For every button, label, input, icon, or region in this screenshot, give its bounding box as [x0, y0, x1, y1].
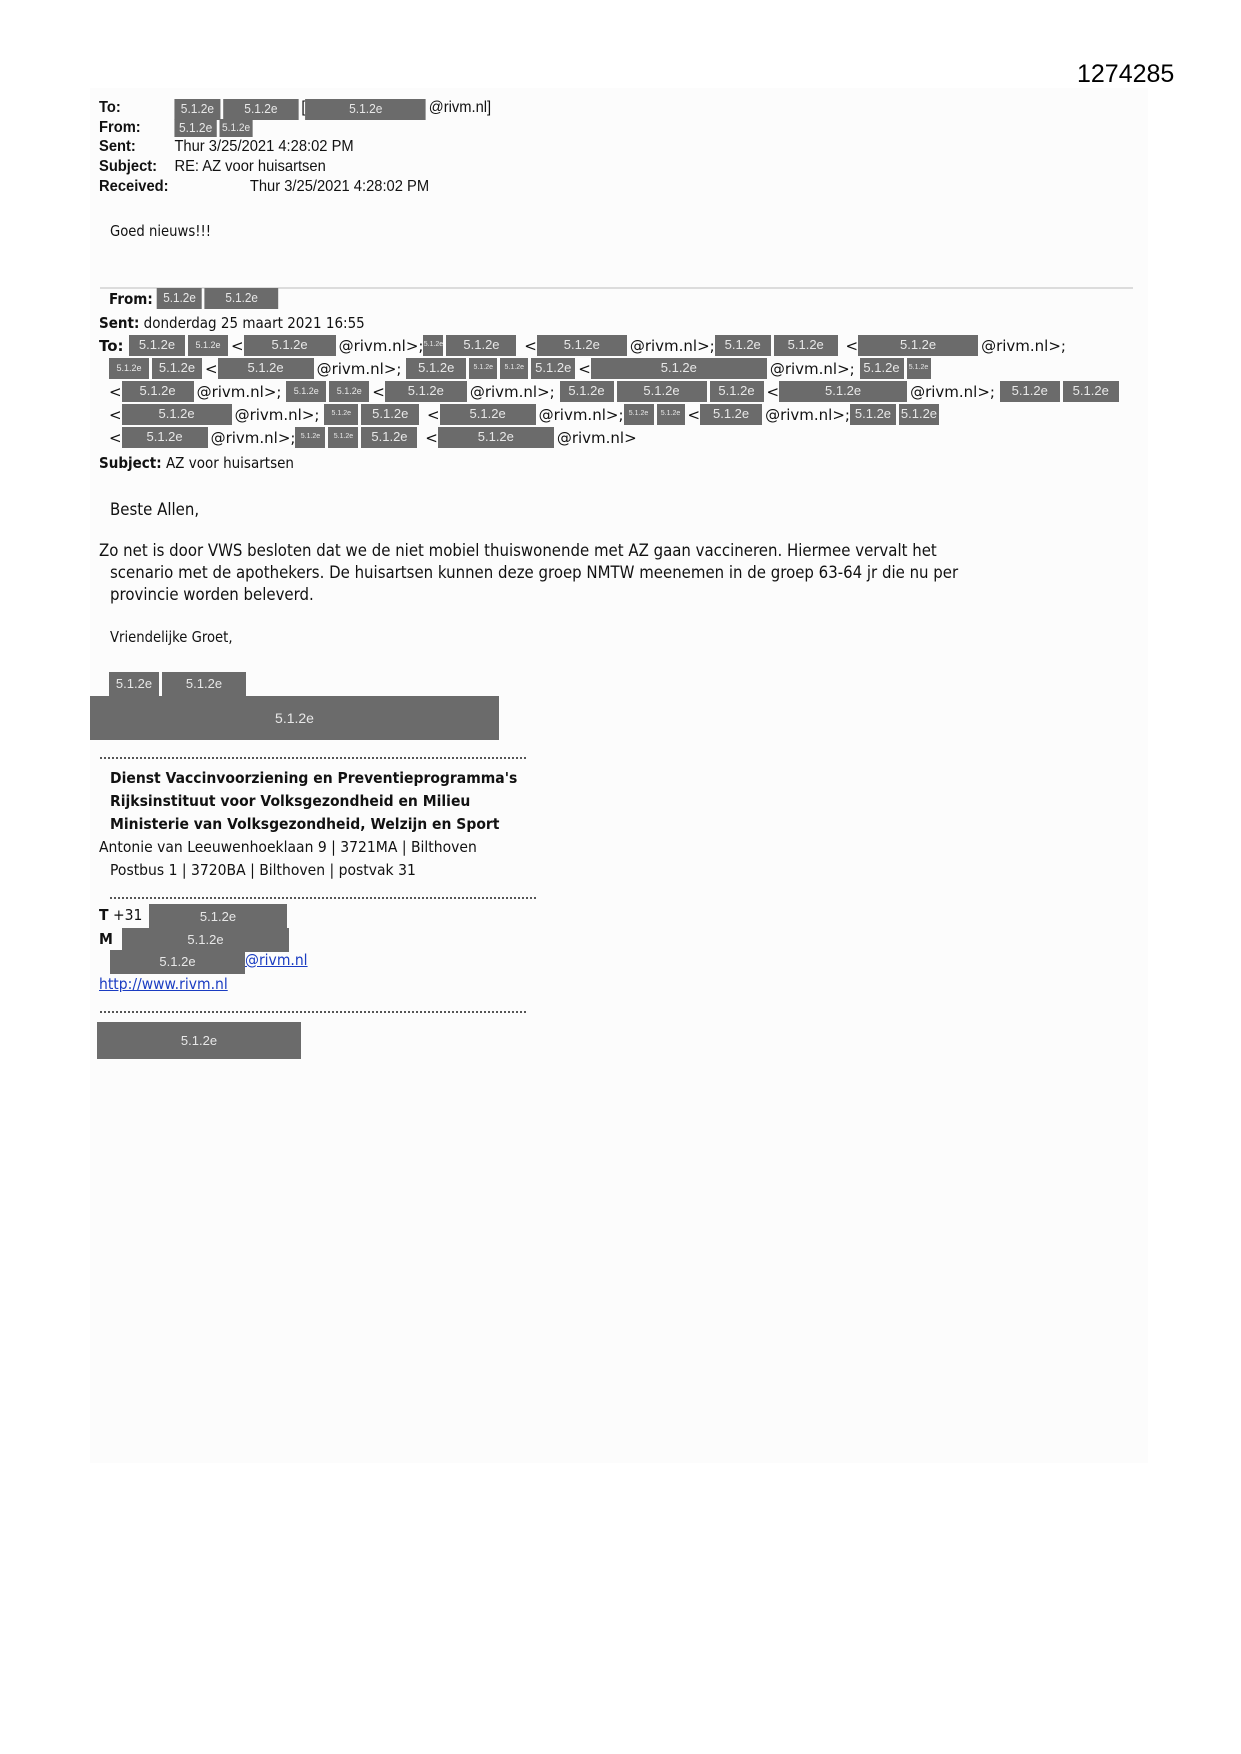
redaction: 5.1.2e [109, 358, 149, 379]
dotted-divider [100, 1011, 526, 1015]
lt: < [372, 383, 385, 401]
paragraph-line-1: Zo net is door VWS besloten dat we de ni… [99, 541, 937, 561]
redaction: 5.1.2e [774, 335, 838, 356]
email-suffix: @rivm.nl>; [770, 360, 855, 378]
lt: < [231, 337, 244, 355]
email-suffix: @rivm.nl>; [981, 337, 1066, 355]
lt: < [767, 383, 780, 401]
redaction: 5.1.2e [149, 904, 287, 929]
redaction: 5.1.2e [286, 381, 326, 402]
redaction: 5.1.2e [860, 358, 904, 379]
lt: < [109, 429, 122, 447]
greeting: Beste Allen, [110, 500, 199, 520]
to-label: To: [99, 99, 174, 117]
redaction: 5.1.2e [560, 381, 614, 402]
original-from-row: From: 5.1.2e5.1.2e [109, 288, 300, 310]
original-to-row-5: <5.1.2e@rivm.nl>;5.1.2e5.1.2e5.1.2e <5.1… [109, 427, 637, 449]
original-to-label: To: [99, 335, 129, 357]
website-link[interactable]: http://www.rivm.nl [99, 975, 228, 993]
email-suffix: @rivm.nl>; [765, 406, 850, 424]
received-value: Thur 3/25/2021 4:28:02 PM [250, 178, 429, 195]
redaction: 5.1.2e [174, 119, 216, 137]
redaction: 5.1.2e [188, 335, 228, 356]
lt: < [109, 383, 122, 401]
redaction: 5.1.2e [438, 427, 554, 448]
redaction: 5.1.2e [591, 358, 767, 379]
subject-label: Subject: [99, 158, 174, 176]
redaction: 5.1.2e [1063, 381, 1119, 402]
original-to-row-2: 5.1.2e5.1.2e<5.1.2e@rivm.nl>; 5.1.2e5.1.… [109, 358, 934, 380]
redaction: 5.1.2e [710, 381, 764, 402]
original-sent-value: donderdag 25 maart 2021 16:55 [139, 314, 364, 332]
email-suffix: @rivm.nl>; [630, 337, 715, 355]
paragraph-line-3: provincie worden beleverd. [110, 585, 314, 605]
lt: < [205, 360, 218, 378]
email-row: 5.1.2e@rivm.nl [110, 950, 315, 974]
original-from-label: From: [109, 290, 153, 308]
redaction: 5.1.2e [469, 358, 497, 379]
redaction: 5.1.2e [423, 335, 443, 356]
header-sent-row: Sent:Thur 3/25/2021 4:28:02 PM [99, 138, 354, 156]
redaction: 5.1.2e [122, 404, 232, 425]
redaction: 5.1.2e [779, 381, 907, 402]
redaction: 5.1.2e [205, 288, 279, 309]
email-suffix: @rivm.nl>; [235, 406, 320, 424]
email-suffix: @rivm.nl>; [539, 406, 624, 424]
signature-phone-row: T +31 [99, 906, 142, 924]
redaction: 5.1.2e [152, 358, 202, 379]
email-suffix: @rivm.nl>; [910, 383, 995, 401]
redaction: 5.1.2e [109, 672, 159, 696]
redaction: 5.1.2e [122, 427, 208, 448]
email-suffix: @rivm.nl>; [470, 383, 555, 401]
lt: < [427, 406, 440, 424]
redaction: 5.1.2e [858, 335, 978, 356]
email-suffix: @rivm.nl>; [317, 360, 402, 378]
phone-redaction-wrap: 5.1.2e [149, 904, 290, 929]
footer-redaction-wrap: 5.1.2e [97, 1022, 304, 1059]
original-subject-value: AZ voor huisartsen [162, 454, 294, 472]
redaction: 5.1.2e [328, 427, 358, 448]
website-row: http://www.rivm.nl [99, 975, 228, 993]
original-to-row-4: <5.1.2e@rivm.nl>; 5.1.2e5.1.2e <5.1.2e@r… [109, 404, 942, 426]
redaction: 5.1.2e [385, 381, 467, 402]
email-suffix: @rivm.nl>; [339, 337, 424, 355]
lt: < [425, 429, 438, 447]
header-from-row: From:5.1.2e5.1.2e [99, 119, 255, 137]
lt: < [524, 337, 537, 355]
phone-label: T [99, 906, 109, 924]
redaction: 5.1.2e [122, 928, 289, 952]
redaction: 5.1.2e [174, 99, 220, 120]
original-to-row-3: <5.1.2e@rivm.nl>; 5.1.2e5.1.2e<5.1.2e@ri… [109, 381, 1122, 403]
signature-org-line-1: Dienst Vaccinvoorziening en Preventiepro… [110, 769, 517, 787]
received-label: Received: [99, 178, 250, 196]
redaction: 5.1.2e [899, 404, 939, 425]
redaction: 5.1.2e [122, 381, 194, 402]
redaction: 5.1.2e [157, 288, 202, 309]
redaction: 5.1.2e [440, 404, 536, 425]
redaction: 5.1.2e [244, 335, 336, 356]
signature-org-line-2: Rijksinstituut voor Volksgezondheid en M… [110, 792, 470, 810]
paragraph-line-2: scenario met de apothekers. De huisartse… [110, 563, 958, 583]
redaction: 5.1.2e [329, 381, 369, 402]
sent-label: Sent: [99, 138, 174, 156]
redaction: 5.1.2e [850, 404, 896, 425]
redaction: 5.1.2e [500, 358, 528, 379]
redaction: 5.1.2e [90, 696, 499, 740]
redaction: 5.1.2e [223, 99, 298, 120]
original-sent-label: Sent: [99, 314, 139, 332]
redaction: 5.1.2e [715, 335, 771, 356]
dotted-divider [100, 757, 526, 761]
redaction: 5.1.2e [97, 1022, 301, 1059]
original-sent-row: Sent: donderdag 25 maart 2021 16:55 [99, 312, 394, 334]
email-suffix: @rivm.nl>; [211, 429, 296, 447]
redaction: 5.1.2e [361, 427, 417, 448]
original-to-row-1: To:5.1.2e5.1.2e<5.1.2e@rivm.nl>;5.1.2e5.… [99, 335, 1066, 357]
redaction: 5.1.2e [617, 381, 707, 402]
redaction: 5.1.2e [110, 950, 245, 974]
redaction: 5.1.2e [220, 119, 253, 137]
signature-title-redaction: 5.1.2e [90, 696, 502, 740]
original-subject-row: Subject: AZ voor huisartsen [99, 452, 316, 474]
redaction: 5.1.2e [162, 672, 246, 696]
redaction: 5.1.2e [1000, 381, 1060, 402]
redaction: 5.1.2e [406, 358, 466, 379]
signature-name-redactions: 5.1.2e5.1.2e [109, 672, 249, 696]
redaction: 5.1.2e [324, 404, 358, 425]
email-link[interactable]: @rivm.nl [245, 951, 308, 969]
phone-prefix: +31 [113, 906, 142, 924]
redaction: 5.1.2e [657, 404, 685, 425]
signature-address-line-2: Postbus 1 | 3720BA | Bilthoven | postvak… [110, 861, 416, 879]
redaction: 5.1.2e [624, 404, 654, 425]
document-id: 1274285 [1077, 60, 1174, 89]
header-received-row: Received:Thur 3/25/2021 4:28:02 PM [99, 178, 429, 196]
closing: Vriendelijke Groet, [110, 628, 233, 646]
redaction: 5.1.2e [537, 335, 627, 356]
signature-org-line-3: Ministerie van Volksgezondheid, Welzijn … [110, 815, 499, 833]
lt: < [109, 406, 122, 424]
redaction: 5.1.2e [446, 335, 516, 356]
subject-value: RE: AZ voor huisartsen [174, 158, 325, 175]
redaction: 5.1.2e [907, 358, 931, 379]
original-subject-label: Subject: [99, 454, 162, 472]
reply-body: Goed nieuws!!! [110, 222, 211, 240]
sent-value: Thur 3/25/2021 4:28:02 PM [174, 138, 353, 155]
email-suffix-last: @rivm.nl> [557, 429, 637, 447]
mobile-redaction-wrap: 5.1.2e [122, 928, 292, 952]
mobile-label: M [99, 930, 113, 948]
redaction: 5.1.2e [700, 404, 762, 425]
lt: < [846, 337, 859, 355]
signature-address-line-1: Antonie van Leeuwenhoeklaan 9 | 3721MA |… [99, 838, 477, 856]
redaction: 5.1.2e [531, 358, 575, 379]
redaction: 5.1.2e [295, 427, 325, 448]
from-label: From: [99, 119, 174, 137]
redaction: 5.1.2e [129, 335, 185, 356]
dotted-divider [110, 897, 536, 901]
lt: < [578, 360, 591, 378]
email-suffix: @rivm.nl>; [197, 383, 282, 401]
redaction: 5.1.2e [361, 404, 419, 425]
redaction: 5.1.2e [305, 99, 426, 120]
to-email-suffix: @rivm.nl] [429, 99, 491, 116]
redaction: 5.1.2e [218, 358, 314, 379]
header-to-row: To:5.1.2e5.1.2e[5.1.2e@rivm.nl] [99, 99, 491, 120]
lt: < [688, 406, 701, 424]
header-subject-row: Subject:RE: AZ voor huisartsen [99, 158, 326, 176]
